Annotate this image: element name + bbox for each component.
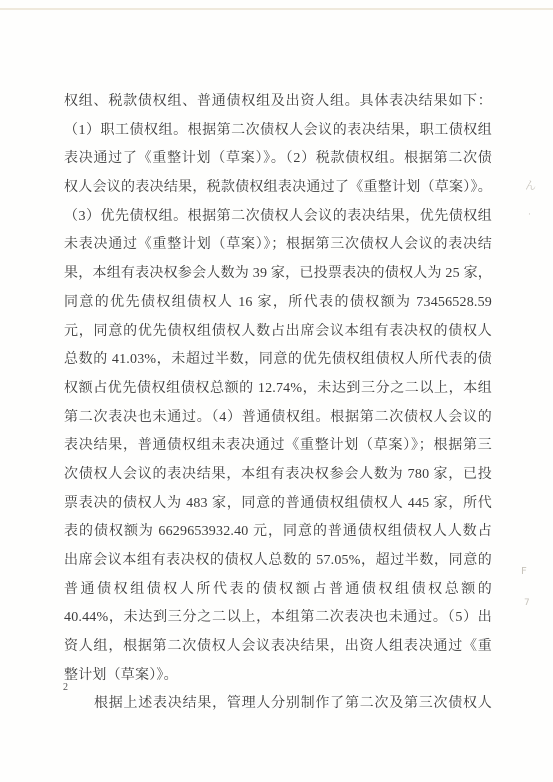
text-line: 表决结果，普通债权组未表决通过《重整计划（草案）》；根据第三 [64, 432, 492, 461]
text-line: 表的债权额为 6629653932.40 元，同意的普通债权组债权人人数占 [64, 518, 492, 547]
text-line: 元，同意的优先债权组债权人数占出席会议本组有表决权的债权人 [64, 318, 492, 347]
text-line: 次债权人会议的表决结果，本组有表决权参会人数为 780 家，已投 [64, 461, 492, 490]
pencil-mark-icon: F [521, 566, 527, 577]
text-line: （1）职工债权组。根据第二次债权人会议的表决结果，职工债权组 [64, 117, 492, 146]
pencil-mark-icon: ん [525, 177, 536, 193]
text-line: 未表决通过《重整计划（草案）》；根据第三次债权人会议的表决结 [64, 231, 492, 260]
text-line: 票表决的债权人为 483 家，同意的普通债权组债权人 445 家，所代 [64, 490, 492, 519]
text-line: 出席会议本组有表决权的债权人总数的 57.05%，超过半数，同意的 [64, 547, 492, 576]
text-line: 根据上述表决结果，管理人分别制作了第二次及第三次债权人 [64, 690, 492, 719]
text-line: 权人会议的表决结果，税款债权组表决通过了《重整计划（草案）》。 [64, 174, 492, 203]
scan-edge-line [0, 8, 553, 10]
pencil-mark-icon: 7 [524, 598, 530, 608]
document-page: 权组、税款债权组、普通债权组及出资人组。具体表决结果如下：（1）职工债权组。根据… [0, 0, 553, 782]
text-line: 果，本组有表决权参会人数为 39 家，已投票表决的债权人为 25 家， [64, 260, 492, 289]
text-line: 权额占优先债权组债权总额的 12.74%，未达到三分之二以上，本组 [64, 375, 492, 404]
text-line: 40.44%，未达到三分之二以上，本组第二次表决也未通过。（5）出 [64, 604, 492, 633]
text-line: 整计划（草案）》。 [64, 662, 492, 691]
text-line: 资人组，根据第二次债权人会议表决结果，出资人组表决通过《重 [64, 633, 492, 662]
text-line: 总数的 41.03%，未超过半数，同意的优先债权组债权人所代表的债 [64, 346, 492, 375]
text-line: 权组、税款债权组、普通债权组及出资人组。具体表决结果如下： [64, 88, 492, 117]
text-line: （3）优先债权组。根据第二次债权人会议的表决结果，优先债权组 [64, 203, 492, 232]
text-line: 同意的优先债权组债权人 16 家，所代表的债权额为 73456528.59 [64, 289, 492, 318]
page-number: 2 [63, 682, 68, 693]
document-text: 权组、税款债权组、普通债权组及出资人组。具体表决结果如下：（1）职工债权组。根据… [64, 88, 492, 719]
text-line: 表决通过了《重整计划（草案）》。（2）税款债权组。根据第二次债 [64, 145, 492, 174]
text-line: 普通债权组债权人所代表的债权额占普通债权组债权总额的 [64, 576, 492, 605]
text-line: 第二次表决也未通过。（4）普通债权组。根据第二次债权人会议的 [64, 404, 492, 433]
pencil-mark-icon: · [528, 210, 531, 220]
